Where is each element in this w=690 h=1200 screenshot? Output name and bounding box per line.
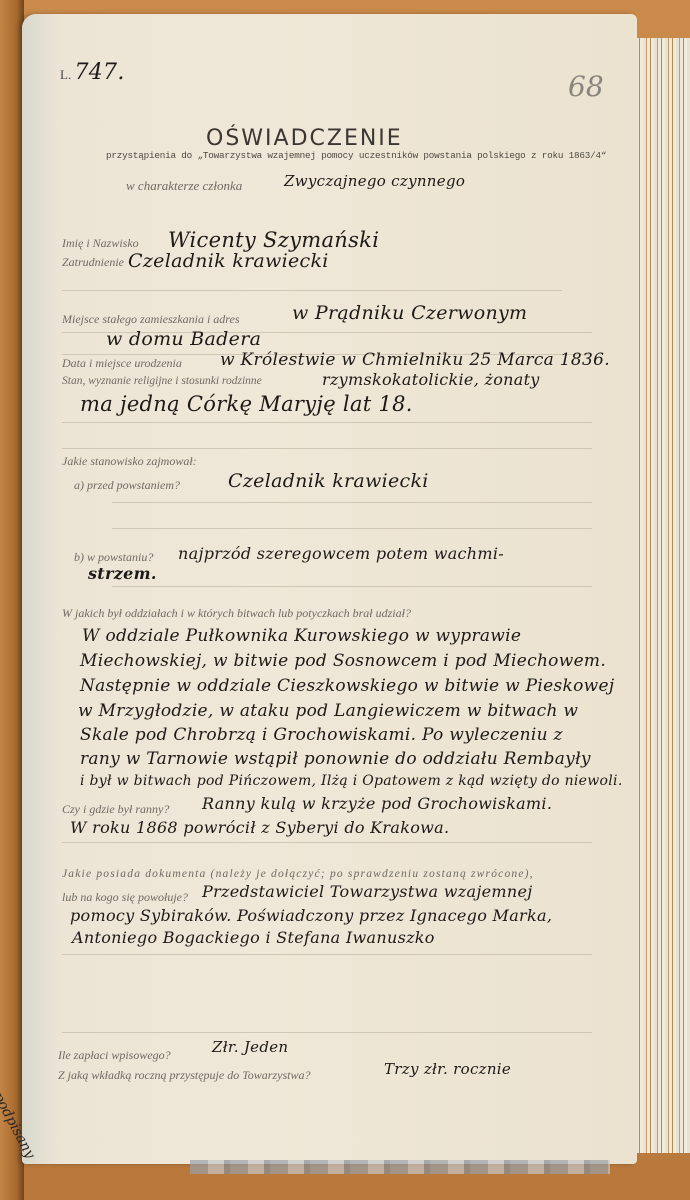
units-line: W oddziale Pułkownika Kurowskiego w wypr… <box>82 626 521 646</box>
desk-surface-left <box>0 0 24 1200</box>
occupation-value: Czeladnik krawiecki <box>128 250 329 272</box>
ledger-prefix: L. <box>60 67 71 82</box>
name-label: Imię i Nazwisko <box>62 236 139 251</box>
pencil-page-number: 68 <box>568 70 604 103</box>
position-label: Jakie stanowisko zajmował: <box>62 454 197 469</box>
field-line <box>112 502 592 503</box>
birth-value: w Królestwie w Chmielniku 25 Marca 1836. <box>220 350 610 370</box>
entry-fee-value: Złr. Jeden <box>212 1038 288 1056</box>
wounded-line-2: W roku 1868 powrócił z Syberyi do Krakow… <box>70 818 449 837</box>
units-line: w Mrzygłodzie, w ataku pod Langiewiczem … <box>78 701 578 721</box>
units-line: rany w Tarnowie wstąpił ponownie do oddz… <box>80 749 591 769</box>
torn-page-edge <box>190 1160 610 1174</box>
page-title: OŚWIADCZENIE <box>206 126 403 151</box>
units-label: W jakich był oddziałach i w których bitw… <box>62 606 411 621</box>
documents-line-2: pomocy Sybiraków. Poświadczony przez Ign… <box>70 906 552 925</box>
position-during-line-2: strzem. <box>88 564 157 583</box>
field-line <box>62 954 592 955</box>
position-before-label: a) przed powstaniem? <box>74 478 180 493</box>
position-during-label: b) w powstaniu? <box>74 550 153 565</box>
entry-fee-label: Ile zapłaci wpisowego? <box>58 1048 171 1063</box>
ledger-number: L. 747. <box>60 60 125 85</box>
membership-label: w charakterze członka <box>126 178 242 194</box>
documents-label-line-2: lub na kogo się powołuje? <box>62 890 188 905</box>
name-value: Wicenty Szymański <box>168 228 379 252</box>
membership-value: Zwyczajnego czynnego <box>284 172 465 190</box>
residence-label: Miejsce stałego zamieszkania i adres <box>62 312 240 327</box>
field-line <box>62 422 592 423</box>
units-line: Miechowskiej, w bitwie pod Sosnowcem i p… <box>80 651 606 671</box>
document-page: L. 747. 68 OŚWIADCZENIE przystąpienia do… <box>22 14 637 1164</box>
occupation-label: Zatrudnienie <box>62 255 124 270</box>
position-during-line-1: najprzód szeregowcem potem wachmi- <box>178 544 504 563</box>
units-line: Skale pod Chrobrzą i Grochowiskami. Po w… <box>80 725 563 745</box>
family-label: Stan, wyznanie religijne i stosunki rodz… <box>62 375 262 387</box>
field-line <box>112 528 592 529</box>
field-line <box>62 1032 592 1033</box>
ledger-number-value: 747. <box>74 60 124 85</box>
divider <box>62 290 562 291</box>
family-line-2: ma jedną Córkę Maryję lat 18. <box>80 392 413 416</box>
birth-label: Data i miejsce urodzenia <box>62 356 182 371</box>
annual-dues-label: Z jaką wkładką roczną przystępuje do Tow… <box>58 1068 310 1083</box>
book-page-edges <box>632 38 690 1153</box>
documents-line-1: Przedstawiciel Towarzystwa wzajemnej <box>202 882 532 901</box>
annual-dues-value: Trzy złr. rocznie <box>384 1060 511 1078</box>
page-subtitle: przystąpienia do „Towarzystwa wzajemnej … <box>106 150 606 161</box>
documents-line-3: Antoniego Bogackiego i Stefana Iwanuszko <box>72 928 435 947</box>
family-line-1: rzymskokatolickie, żonaty <box>322 370 540 389</box>
field-line <box>112 586 592 587</box>
wounded-line-1: Ranny kulą w krzyże pod Grochowiskami. <box>202 794 552 813</box>
field-line <box>62 448 592 449</box>
documents-label-line-1: Jakie posiada dokumenta (należy je dołąc… <box>62 868 534 880</box>
residence-line-1: w Prądniku Czerwonym <box>292 302 527 324</box>
field-line <box>62 842 592 843</box>
units-line: i był w bitwach pod Pińczowem, Ilżą i Op… <box>80 773 623 789</box>
residence-line-2: w domu Badera <box>106 328 261 350</box>
units-line: Następnie w oddziale Cieszkowskiego w bi… <box>80 676 614 696</box>
wounded-label: Czy i gdzie był ranny? <box>62 802 169 817</box>
position-before-value: Czeladnik krawiecki <box>228 470 429 492</box>
